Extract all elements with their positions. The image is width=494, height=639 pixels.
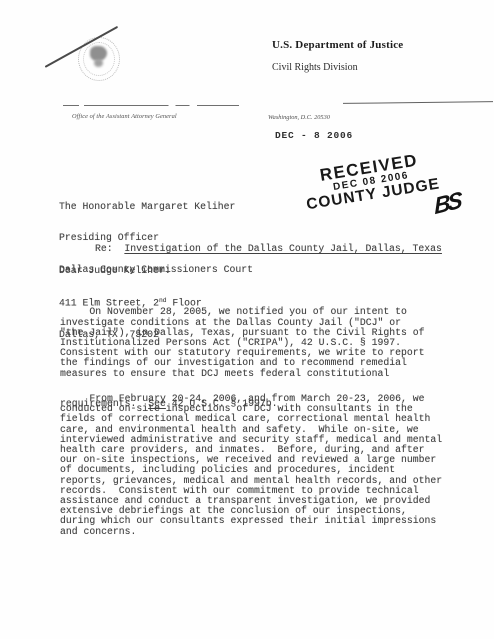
handwritten-initials: BS xyxy=(434,187,460,221)
re-title-underlined: Investigation of the Dallas County Jail,… xyxy=(124,243,441,254)
letterhead-divider-left xyxy=(63,105,239,106)
paragraph-2-body: From February 20-24, 2006, and from Marc… xyxy=(60,394,442,537)
division-title: Civil Rights Division xyxy=(272,62,358,73)
subject-line: Re: Investigation of the Dallas County J… xyxy=(95,244,442,254)
department-title: U.S. Department of Justice xyxy=(272,39,403,51)
scanned-letter-page: U.S. Department of Justice Civil Rights … xyxy=(0,0,494,639)
address-line-name: The Honorable Margaret Keliher xyxy=(59,202,253,212)
date-stamp: DEC - 8 2006 xyxy=(275,130,353,141)
office-of-aag-line: Office of the Assistant Attorney General xyxy=(72,113,177,120)
seal-shield-mark xyxy=(94,59,103,67)
received-stamp: RECEIVED DEC 08 2006 COUNTY JUDGE xyxy=(298,147,443,214)
paragraph-2: From February 20-24, 2006, and from Marc… xyxy=(60,374,442,558)
paragraph-1-body: On November 28, 2005, we notified you of… xyxy=(60,307,425,378)
salutation: Dear Judge Keliher: xyxy=(59,266,171,276)
re-label: Re: xyxy=(95,243,124,254)
letterhead-divider-right xyxy=(343,101,493,104)
washington-dc-line: Washington, D.C. 20530 xyxy=(268,114,330,121)
